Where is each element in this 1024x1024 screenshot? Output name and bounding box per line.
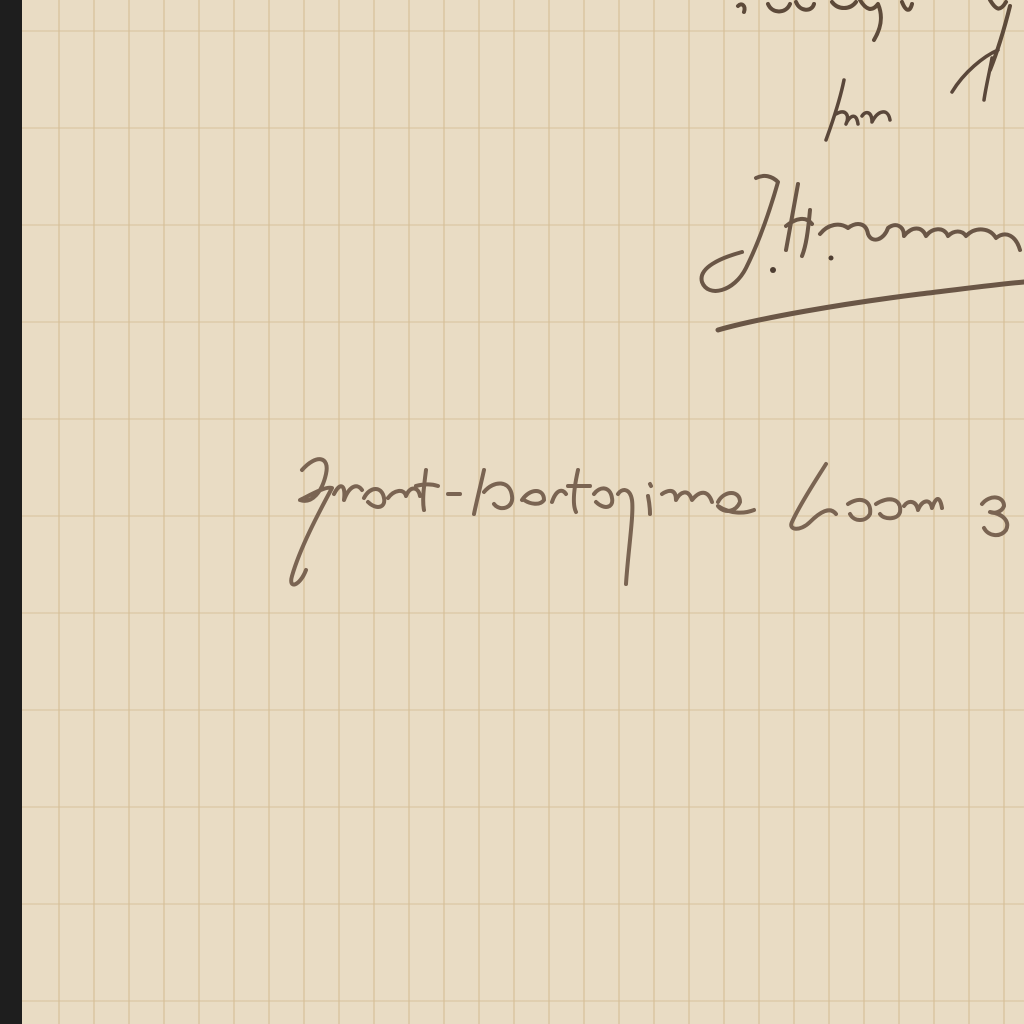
page-binding xyxy=(0,0,22,1024)
grid-paper xyxy=(22,0,1024,1024)
